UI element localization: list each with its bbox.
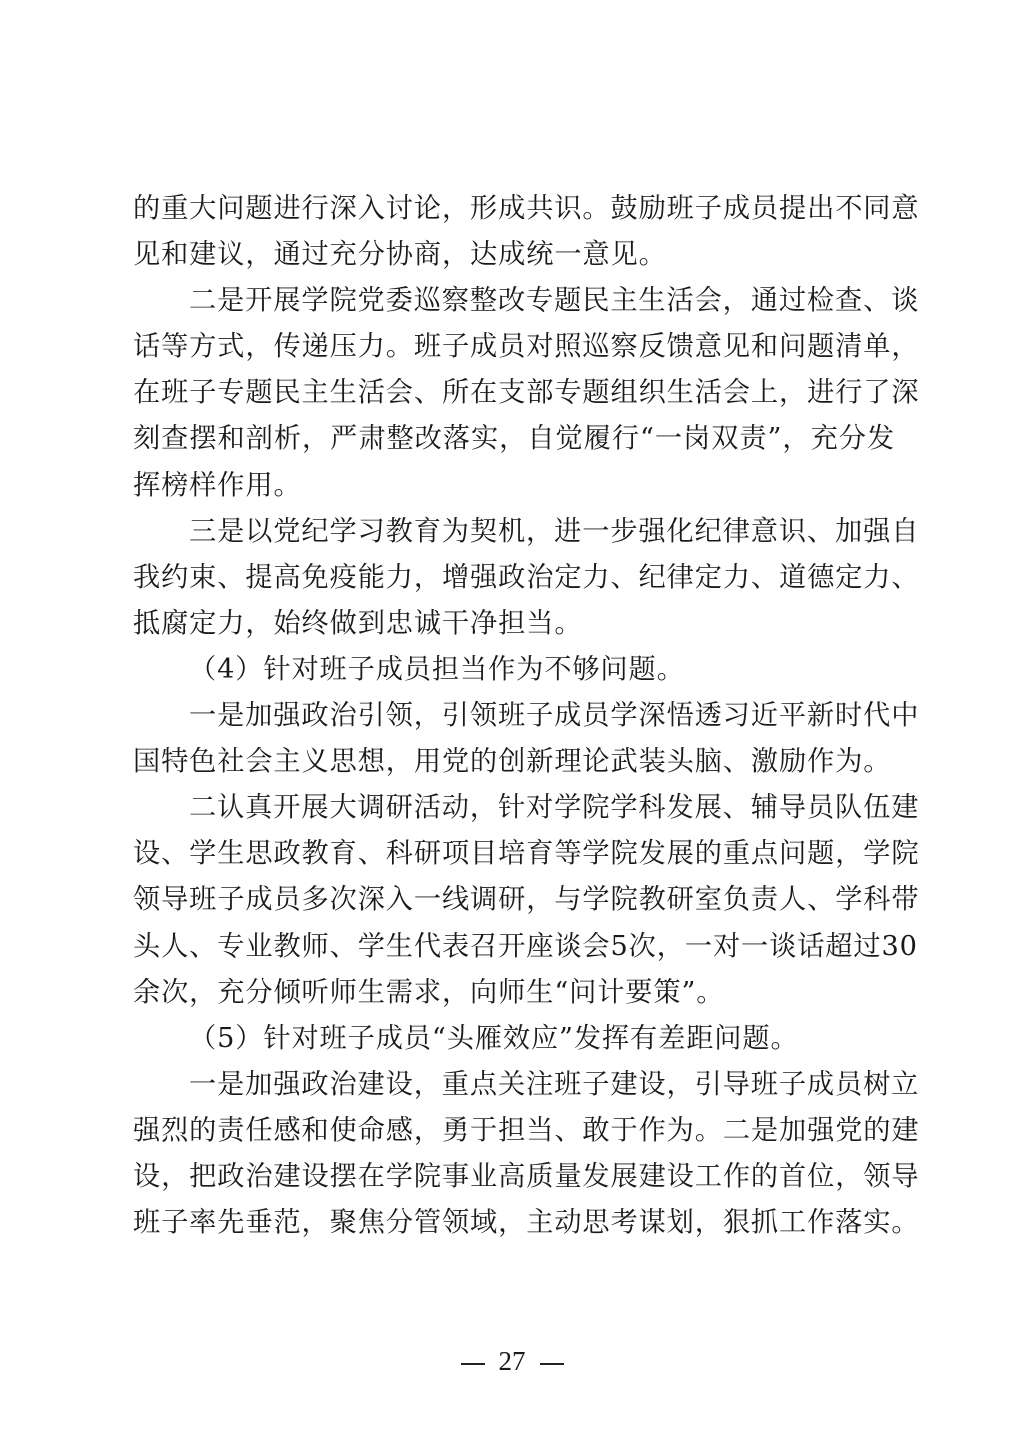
page-footer: 27 <box>0 1346 1024 1377</box>
paragraph-research-activities: 二认真开展大调研活动，针对学院学科发展、辅导员队伍建 设、学生思政教育、科研项目… <box>133 785 895 1015</box>
text-line: 话等方式，传递压力。班子成员对照巡察反馈意见和问题清单， <box>133 324 895 370</box>
text-line: 设、学生思政教育、科研项目培育等学院发展的重点问题，学院 <box>133 831 895 877</box>
text-line: 我约束、提高免疫能力，增强政治定力、纪律定力、道德定力、 <box>133 555 895 601</box>
dash-right <box>540 1363 564 1365</box>
text-line: 的重大问题进行深入讨论，形成共识。鼓励班子成员提出不同意 <box>133 186 895 232</box>
text-line: 在班子专题民主生活会、所在支部专题组织生活会上，进行了深 <box>133 370 895 416</box>
document-body: 的重大问题进行深入讨论，形成共识。鼓励班子成员提出不同意 见和建议，通过充分协商… <box>133 186 895 1246</box>
text-line: 领导班子成员多次深入一线调研，与学院教研室负责人、学科带 <box>133 877 895 923</box>
heading-text: （4）针对班子成员担当作为不够问题。 <box>133 647 895 693</box>
text-line: 挥榜样作用。 <box>133 463 895 509</box>
paragraph-continuation: 的重大问题进行深入讨论，形成共识。鼓励班子成员提出不同意 见和建议，通过充分协商… <box>133 186 895 278</box>
text-line: 国特色社会主义思想，用党的创新理论武装头脑、激励作为。 <box>133 739 895 785</box>
text-line: 二认真开展大调研活动，针对学院学科发展、辅导员队伍建 <box>133 785 895 831</box>
text-line: 一是加强政治引领，引领班子成员学深悟透习近平新时代中 <box>133 693 895 739</box>
text-line: 二是开展学院党委巡察整改专题民主生活会，通过检查、谈 <box>133 278 895 324</box>
text-line: 三是以党纪学习教育为契机，进一步强化纪律意识、加强自 <box>133 509 895 555</box>
dash-left <box>461 1363 485 1365</box>
text-line: 设，把政治建设摆在学院事业高质量发展建设工作的首位，领导 <box>133 1154 895 1200</box>
paragraph-discipline-education: 三是以党纪学习教育为契机，进一步强化纪律意识、加强自 我约束、提高免疫能力，增强… <box>133 509 895 647</box>
text-line: 抵腐定力，始终做到忠诚干净担当。 <box>133 601 895 647</box>
heading-text: （5）针对班子成员“头雁效应”发挥有差距问题。 <box>133 1016 895 1062</box>
text-line: 一是加强政治建设，重点关注班子建设，引导班子成员树立 <box>133 1062 895 1108</box>
text-line: 头人、专业教师、学生代表召开座谈会5次，一对一谈话超过30 <box>133 924 895 970</box>
section-heading-5: （5）针对班子成员“头雁效应”发挥有差距问题。 <box>133 1016 895 1062</box>
text-line: 见和建议，通过充分协商，达成统一意见。 <box>133 232 895 278</box>
paragraph-political-construction: 一是加强政治建设，重点关注班子建设，引导班子成员树立 强烈的责任感和使命感，勇于… <box>133 1062 895 1246</box>
text-line: 刻查摆和剖析，严肃整改落实，自觉履行“一岗双责”，充分发 <box>133 416 895 462</box>
paragraph-political-guidance: 一是加强政治引领，引领班子成员学深悟透习近平新时代中 国特色社会主义思想，用党的… <box>133 693 895 785</box>
paragraph-inspection-rectification: 二是开展学院党委巡察整改专题民主生活会，通过检查、谈 话等方式，传递压力。班子成… <box>133 278 895 508</box>
text-line: 强烈的责任感和使命感，勇于担当、敢于作为。二是加强党的建 <box>133 1108 895 1154</box>
text-line: 班子率先垂范，聚焦分管领域，主动思考谋划，狠抓工作落实。 <box>133 1200 895 1246</box>
section-heading-4: （4）针对班子成员担当作为不够问题。 <box>133 647 895 693</box>
text-line: 余次，充分倾听师生需求，向师生“问计要策”。 <box>133 970 895 1016</box>
page-number: 27 <box>499 1346 526 1376</box>
